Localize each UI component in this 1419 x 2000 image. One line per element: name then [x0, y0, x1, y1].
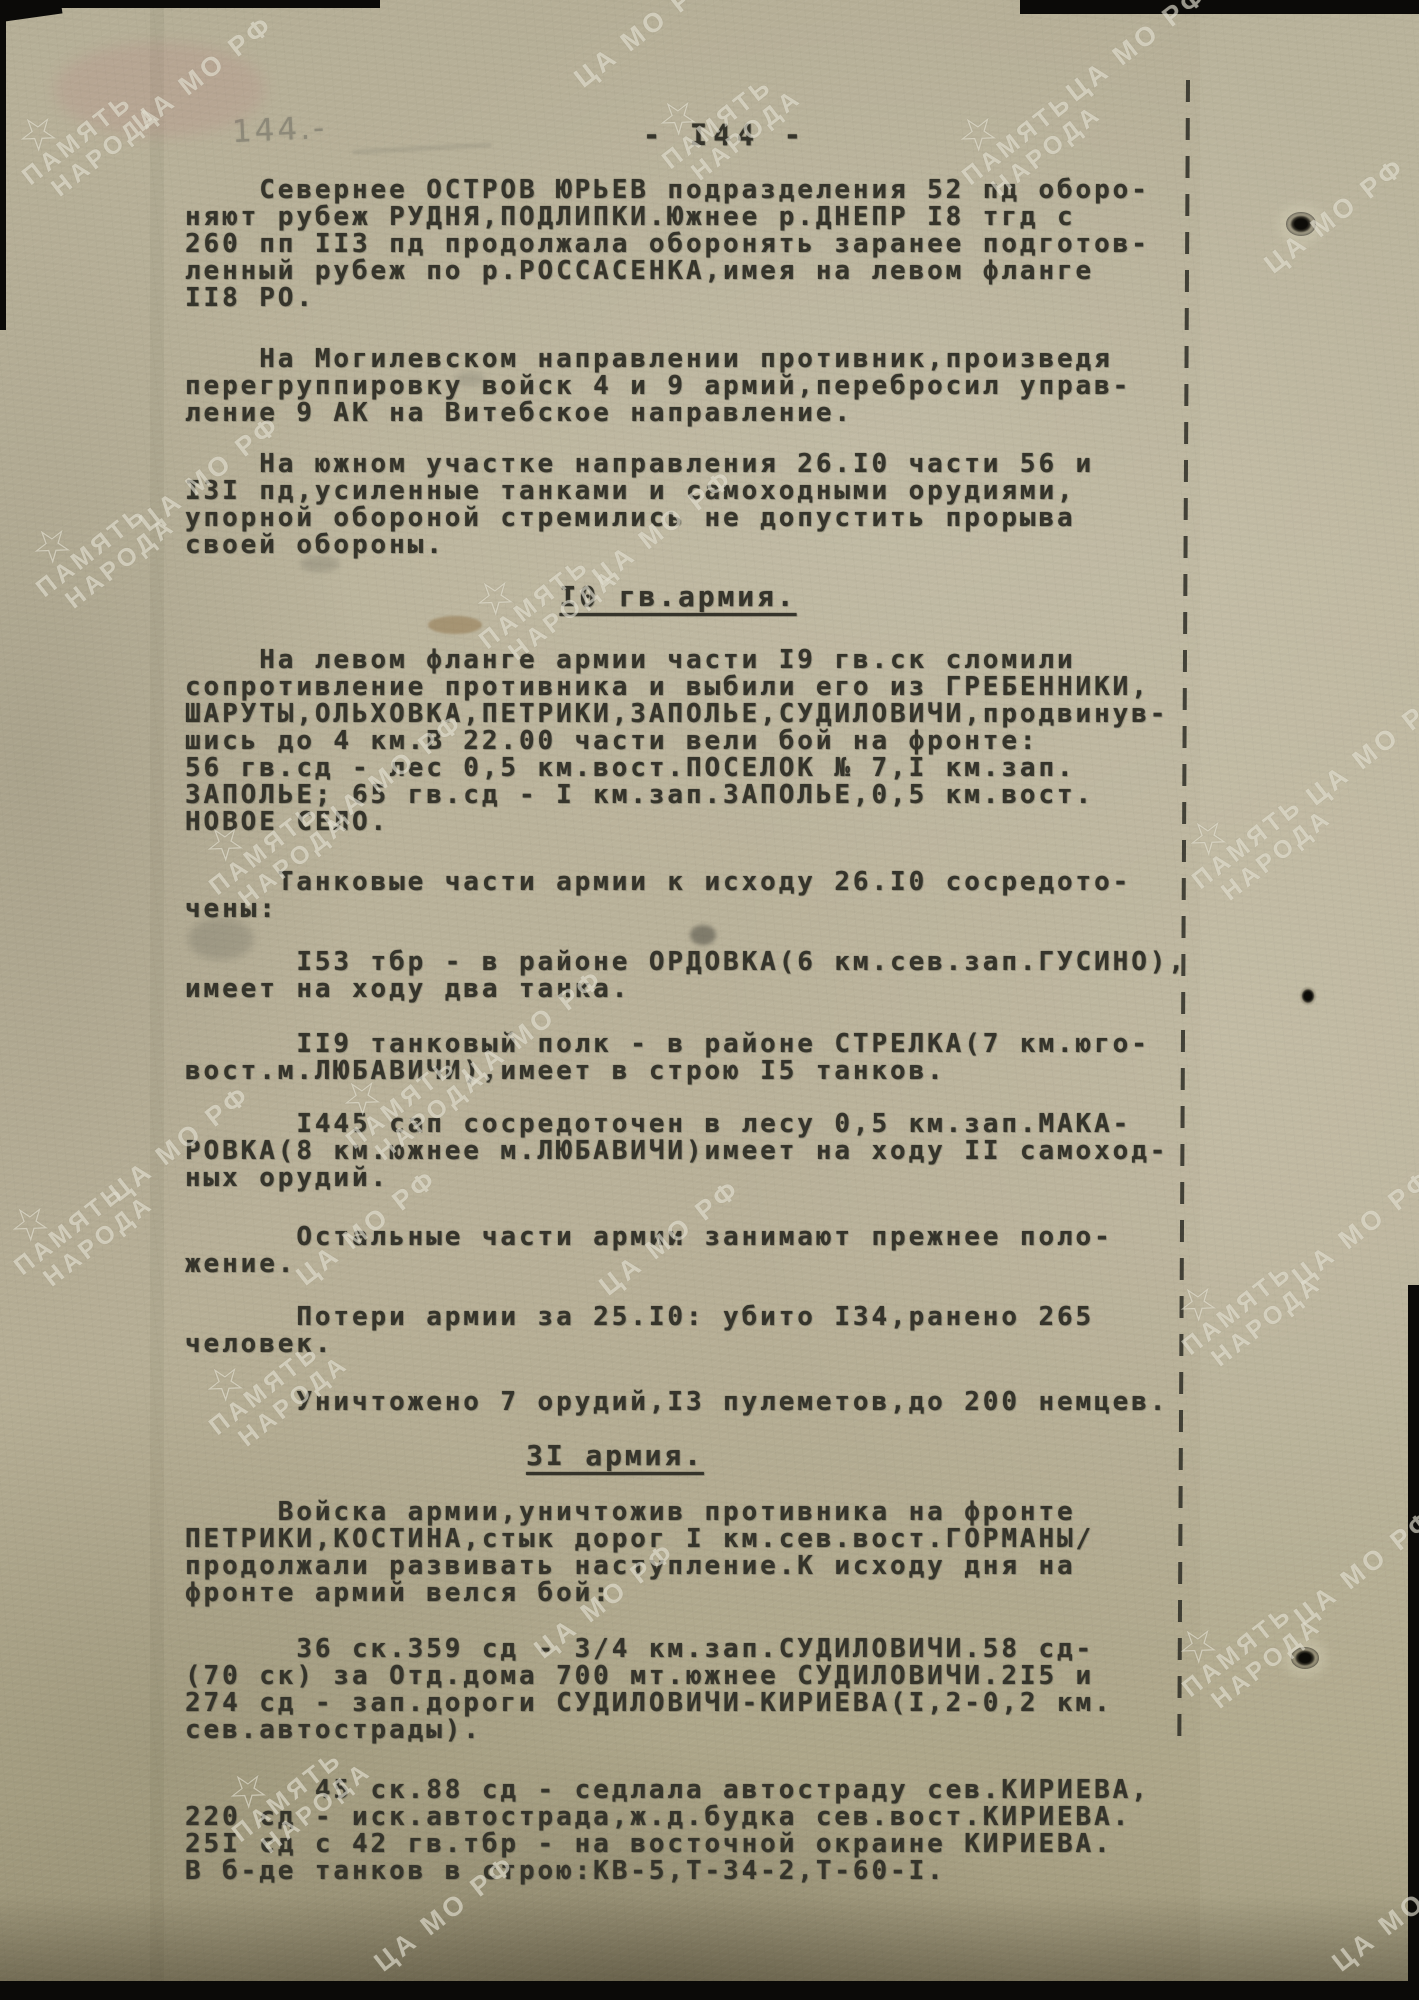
paper-hole — [1291, 1647, 1319, 1669]
scan-edge-bottom — [0, 1981, 1419, 2000]
paper-hole — [1286, 212, 1316, 236]
paper-stain — [300, 556, 340, 572]
paper-stain — [55, 42, 265, 137]
scan-edge-left — [0, 0, 6, 330]
scan-edge-right — [1408, 1285, 1419, 2000]
paper-stain — [455, 372, 485, 386]
bottom-edge-shading — [0, 1895, 1419, 1983]
paper-hole — [1299, 986, 1317, 1006]
scan-edge-top-right — [1020, 0, 1419, 14]
paper-stain — [188, 918, 254, 960]
scanned-document-page: - I44 - 144.- Севернее ОСТРОВ ЮРЬЕВ подр… — [0, 0, 1419, 2000]
paper-stain — [690, 925, 716, 945]
paper-stain — [428, 616, 482, 634]
paper-artifacts — [0, 0, 1419, 2000]
